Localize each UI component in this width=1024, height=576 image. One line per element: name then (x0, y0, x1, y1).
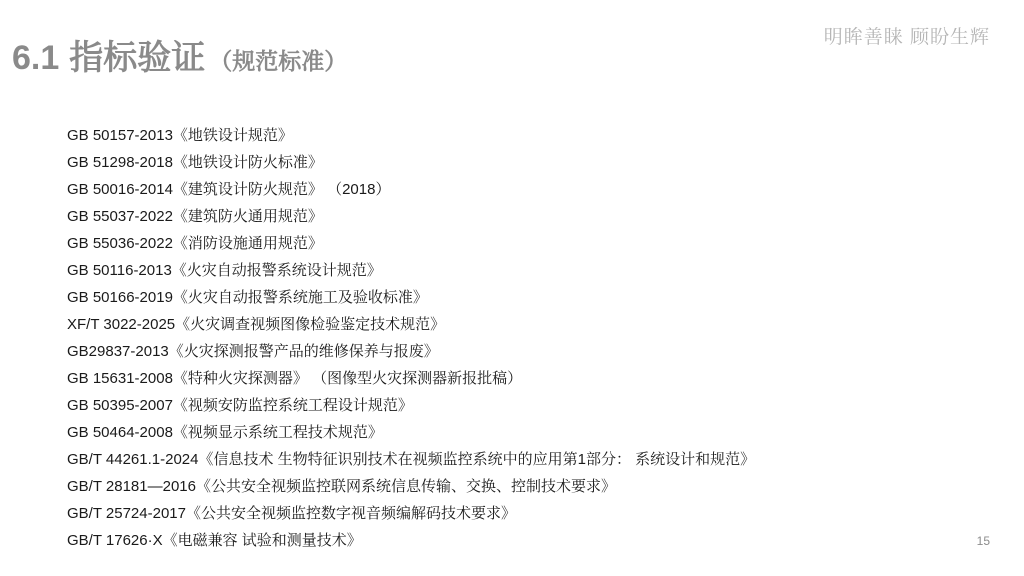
page-subtitle: （规范标准） (209, 43, 347, 76)
standard-item: GB 50395-2007《视频安防监控系统工程设计规范》 (67, 392, 994, 419)
standard-item: GB 50464-2008《视频显示系统工程技术规范》 (67, 419, 994, 446)
standard-item: GB/T 44261.1-2024《信息技术 生物特征识别技术在视频监控系统中的… (67, 446, 994, 473)
page-number: 15 (977, 534, 990, 548)
standard-item: GB29837-2013《火灾探测报警产品的维修保养与报废》 (67, 338, 994, 365)
slide-header: 6.1 指标验证 （规范标准） (12, 30, 347, 79)
standard-item: GB 50166-2019《火灾自动报警系统施工及验收标准》 (67, 284, 994, 311)
standard-item: GB 55036-2022《消防设施通用规范》 (67, 230, 994, 257)
standard-item: GB 55037-2022《建筑防火通用规范》 (67, 203, 994, 230)
standard-item: XF/T 3022-2025《火灾调查视频图像检验鉴定技术规范》 (67, 311, 994, 338)
standard-item: GB/T 28181—2016《公共安全视频监控联网系统信息传输、交换、控制技术… (67, 473, 994, 500)
slide-motto: 明眸善睐 顾盼生辉 (824, 22, 990, 49)
page-title: 指标验证 (69, 30, 205, 79)
standard-item: GB 50157-2013《地铁设计规范》 (67, 122, 994, 149)
standard-item: GB 51298-2018《地铁设计防火标准》 (67, 149, 994, 176)
standard-item: GB/T 25724-2017《公共安全视频监控数字视音频编解码技术要求》 (67, 500, 994, 527)
standard-item: GB 50116-2013《火灾自动报警系统设计规范》 (67, 257, 994, 284)
standard-item: GB/T 17626·X《电磁兼容 试验和测量技术》 (67, 527, 994, 554)
standards-list: GB 50157-2013《地铁设计规范》GB 51298-2018《地铁设计防… (67, 122, 994, 554)
slide: 6.1 指标验证 （规范标准） 明眸善睐 顾盼生辉 GB 50157-2013《… (0, 0, 1024, 576)
standard-item: GB 15631-2008《特种火灾探测器》 （图像型火灾探测器新报批稿） (67, 365, 994, 392)
section-number: 6.1 (12, 39, 59, 78)
standard-item: GB 50016-2014《建筑设计防火规范》 （2018） (67, 176, 994, 203)
